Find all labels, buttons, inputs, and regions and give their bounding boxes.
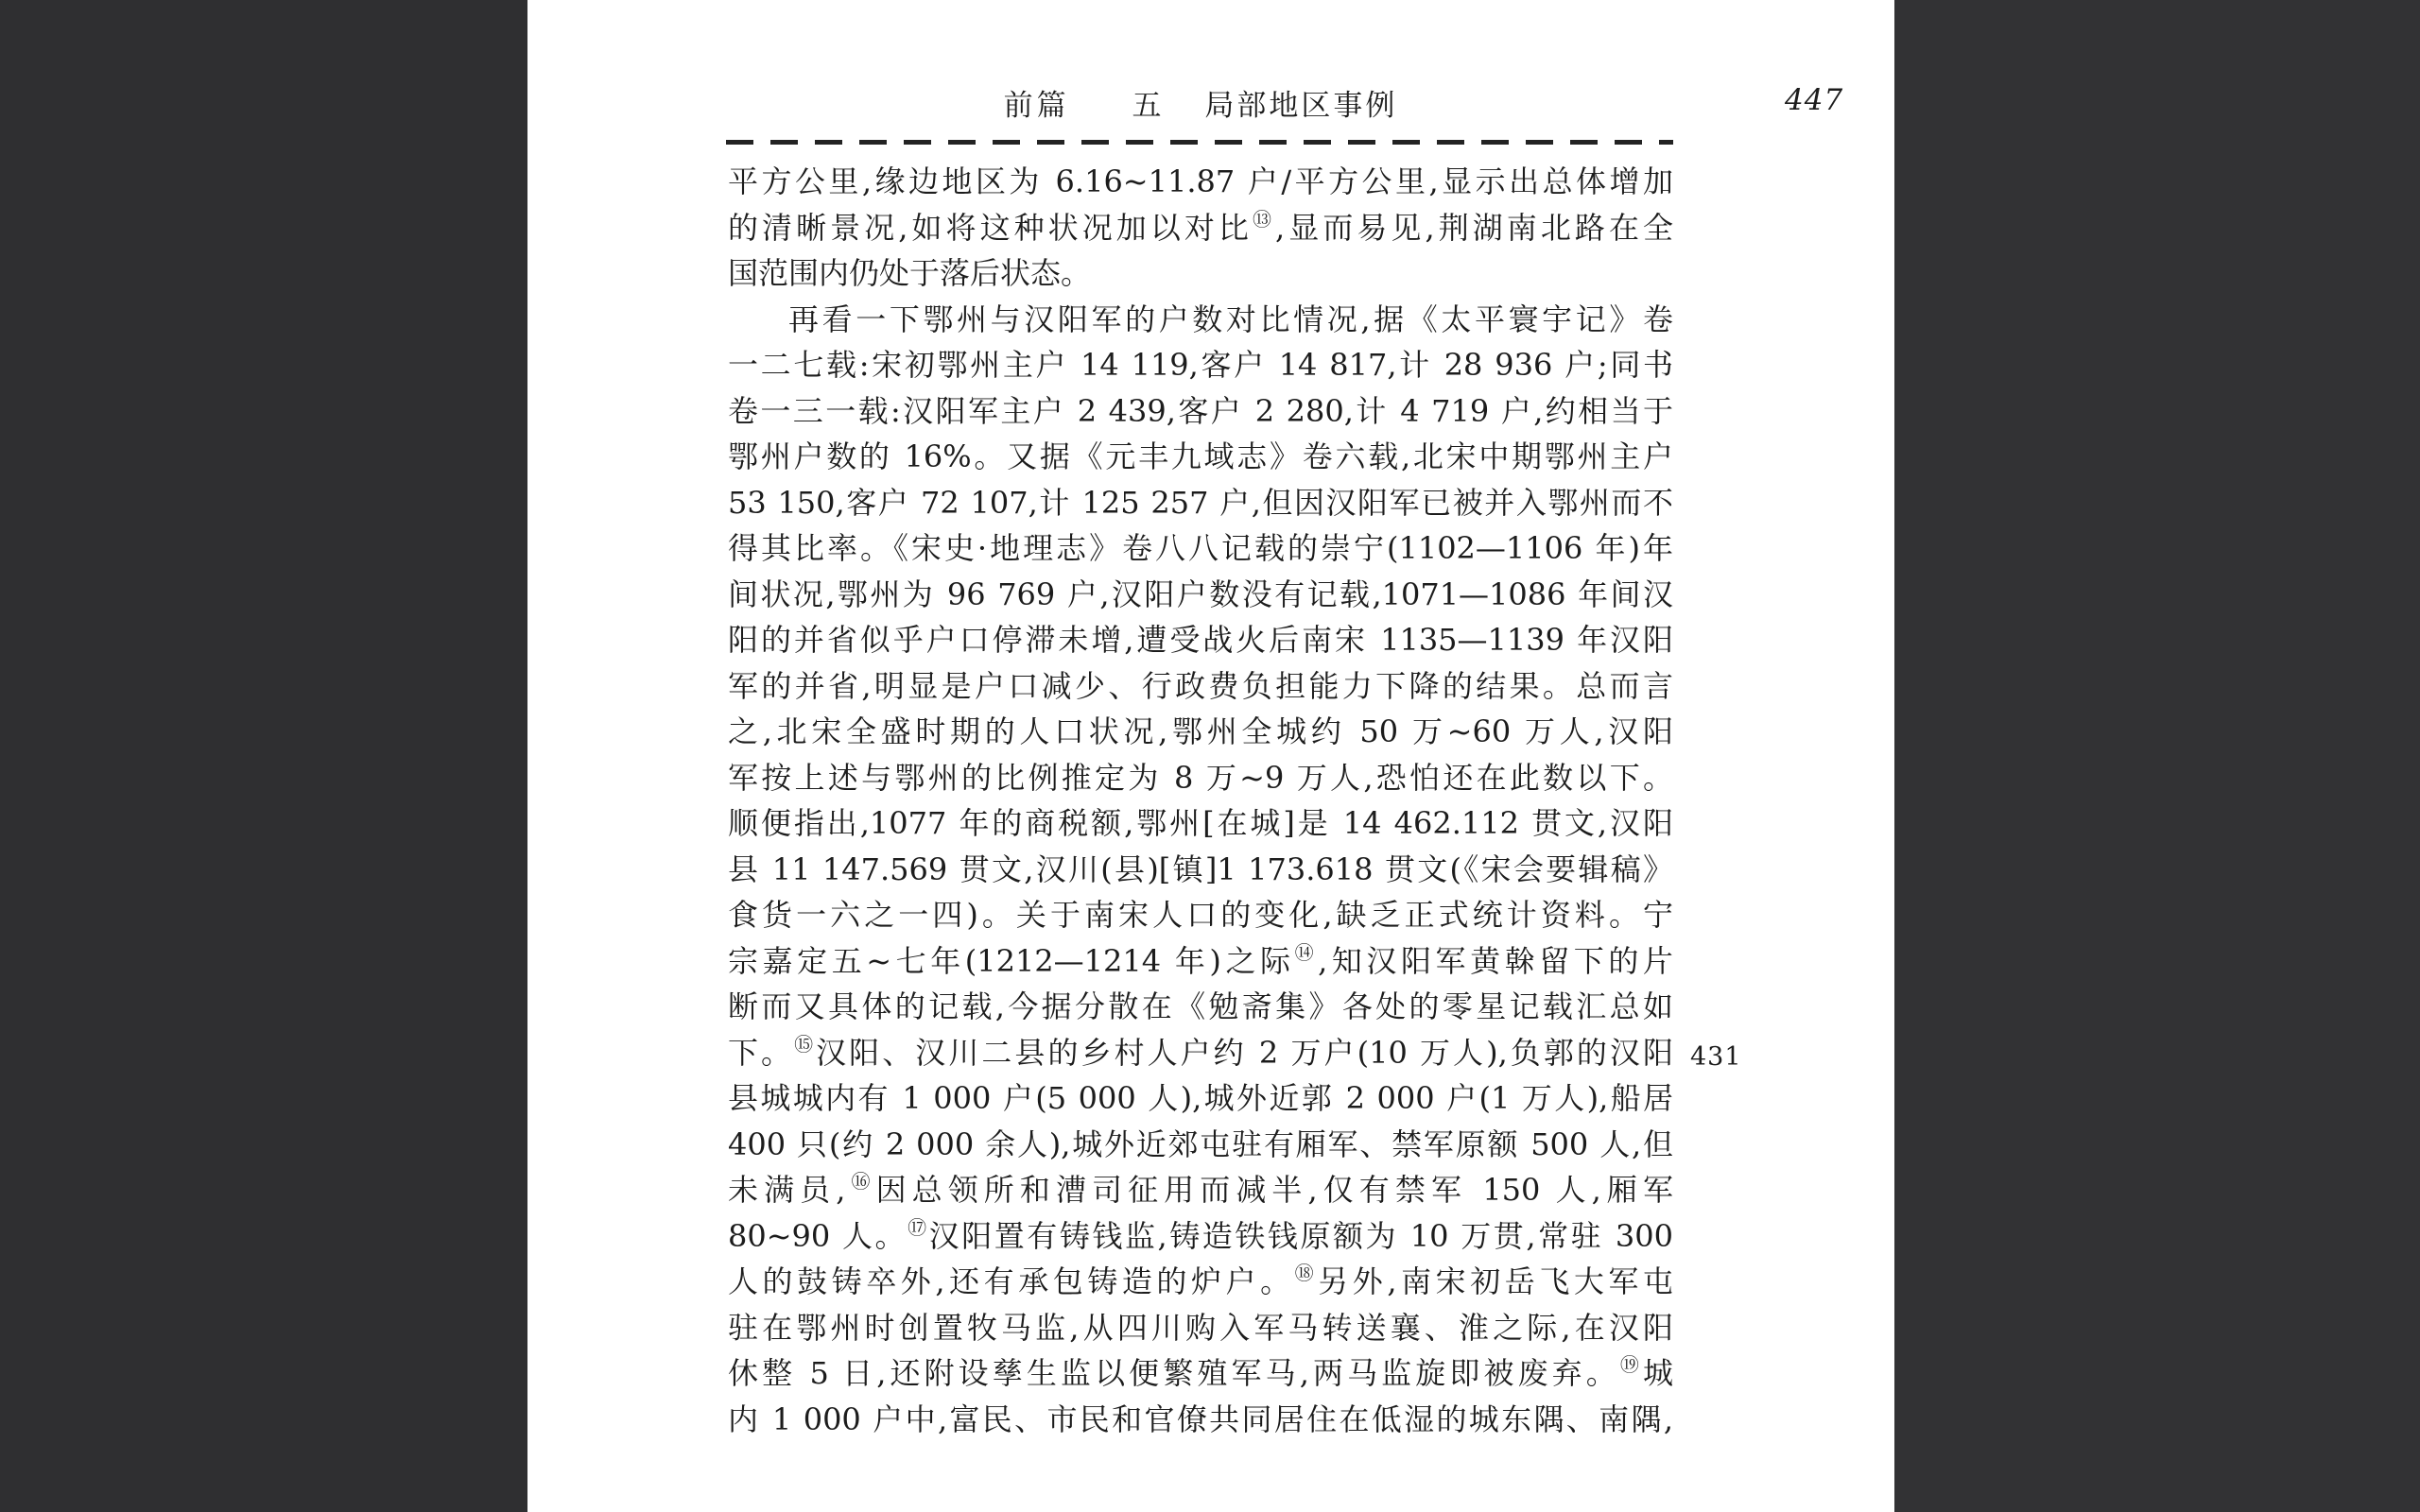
body-line: 县城城内有 1 000 户(5 000 人),城外近郭 2 000 户(1 万人… bbox=[728, 1075, 1673, 1122]
text-run: 增,遭受战火后南宋 1135—1139 年汉阳 bbox=[1091, 622, 1673, 658]
body-line: 顺便指出,1077 年的商税额,鄂州[在城]是 14 462.112 贯文,汉阳 bbox=[728, 800, 1673, 847]
text-run: 平方公里,缘边地区为 6.16~11.87 户/平方公里,显示出总体增加 bbox=[728, 163, 1673, 199]
text-run: 国范围内仍处于落后状态。 bbox=[728, 255, 1091, 291]
text-run: 80~90 人。 bbox=[728, 1218, 907, 1254]
body-line: 县 11 147.569 贯文,汉川(县)[镇]1 173.618 贯文(《宋会… bbox=[728, 847, 1673, 893]
viewer-backdrop: 前篇 五 局部地区事例 447 平方公里,缘边地区为 6.16~11.87 户/… bbox=[0, 0, 2420, 1512]
text-run: 53 150,客户 72 107,计 125 257 户,但因汉阳军已被并入鄂州… bbox=[728, 485, 1673, 521]
body-line: 人的鼓铸卒外,还有承包铸造的炉户。⑱另外,南宋初岳飞大军屯 bbox=[728, 1259, 1673, 1305]
text-run: 一二七载:宋初鄂州主户 14 119,客户 14 817,计 28 936 户;… bbox=[728, 347, 1673, 383]
text-run: 另外,南宋初岳飞大军屯 bbox=[1318, 1263, 1673, 1299]
body-line: 军按上述与鄂州的比例推定为 8 万~9 万人,恐怕还在此数以下。 bbox=[728, 755, 1673, 801]
body-line: 卷一三一载:汉阳军主户 2 439,客户 2 280,计 4 719 户,约相当… bbox=[728, 388, 1673, 435]
footnote-marker: ⑱ bbox=[1295, 1262, 1319, 1284]
page-number: 447 bbox=[1785, 83, 1843, 117]
emphasized-text: 在城 bbox=[1215, 805, 1284, 841]
footnote-marker: ⑲ bbox=[1620, 1353, 1643, 1376]
footnote-marker: ⑭ bbox=[1295, 941, 1319, 964]
text-run: 县 11 147.569 贯文,汉川(县)[ bbox=[728, 851, 1170, 887]
body-line: 之,北宋全盛时期的人口状况,鄂州全城约 50 万~60 万人,汉阳 bbox=[728, 709, 1673, 755]
body-line: 宗嘉定五~七年(1212—1214 年)之际⑭,知汉阳军黄榦留下的片 bbox=[728, 938, 1673, 985]
text-run: 宗嘉定 bbox=[728, 943, 832, 979]
text-run: ~ bbox=[866, 943, 891, 979]
text-run: 卷一三一载:汉阳军主户 2 439,客户 2 280,计 4 719 户,约相当… bbox=[728, 393, 1673, 429]
header-part-label: 前篇 bbox=[1004, 89, 1070, 123]
text-run: 间状况,鄂州为 96 769 户,汉阳户数没有记载,1071—1086 年间汉 bbox=[728, 576, 1673, 612]
body-line: 53 150,客户 72 107,计 125 257 户,但因汉阳军已被并入鄂州… bbox=[728, 480, 1673, 526]
text-run: 400 只(约 2 000 余人),城外近郊屯驻有厢军、禁军原额 500 人,但 bbox=[728, 1126, 1673, 1162]
text-run: 得其比率。《宋史·地理志》卷八八记载的崇宁(1102—1106 年)年 bbox=[728, 530, 1673, 566]
body-line: 一二七载:宋初鄂州主户 14 119,客户 14 817,计 28 936 户;… bbox=[728, 342, 1673, 388]
body-line: 的清晰景况,如将这种状况加以对比⑬,显而易见,荆湖南北路在全 bbox=[728, 205, 1673, 251]
text-run: 下。 bbox=[728, 1035, 794, 1071]
text-run: 未满员, bbox=[728, 1172, 845, 1208]
backdrop-right-panel bbox=[1894, 0, 2420, 1512]
emphasized-text: 镇 bbox=[1170, 851, 1205, 887]
text-run: 城 bbox=[1643, 1355, 1673, 1391]
text-run: ]1 173.618 贯文(《宋会要辑稿》 bbox=[1205, 851, 1673, 887]
body-line: 休整 5 日,还附设孳生监以便繁殖军马,两马监旋即被废弃。⑲城 bbox=[728, 1350, 1673, 1397]
text-run: 休整 5 日,还附设孳生监以便繁殖军马,两马监旋即被废弃。 bbox=[728, 1355, 1620, 1391]
text-run: 县城城内有 1 000 户(5 000 人),城外近郭 2 000 户(1 万人… bbox=[728, 1080, 1673, 1116]
text-run: 军的并省,明显是户口减少、行政费负担能力下降的结果。总而言 bbox=[728, 668, 1673, 704]
text-run: 驻在鄂州时创置牧马监,从四川购入军马转送襄、淮之际,在汉阳 bbox=[728, 1310, 1673, 1346]
text-run: 断而又具体的记载,今据分散在《勉斋集》各处的零星记载汇总如 bbox=[728, 988, 1673, 1024]
text-run: 鄂州户数的 16%。又据《元丰九域志》卷六载,北宋中期鄂州主户 bbox=[728, 438, 1673, 474]
footnote-marker: ⑯ bbox=[845, 1170, 875, 1193]
footnote-marker: ⑬ bbox=[1253, 208, 1275, 231]
text-run: 之,北宋全盛时期的人口状况,鄂州全城约 50 万~60 万人,汉阳 bbox=[728, 713, 1673, 749]
text-run: 内 1 000 户中,富民、市民和官僚共同居住在低湿的城东隅、南隅, bbox=[728, 1401, 1673, 1437]
body-line: 国范围内仍处于落后状态。 bbox=[728, 250, 1673, 297]
body-line: 断而又具体的记载,今据分散在《勉斋集》各处的零星记载汇总如 bbox=[728, 984, 1673, 1030]
running-header: 前篇 五 局部地区事例 447 bbox=[728, 81, 1673, 125]
text-run: 食货一六之一四)。关于南宋人口的变化,缺乏正式统计资料。宁 bbox=[728, 897, 1673, 933]
body-line: 军的并省,明显是户口减少、行政费负担能力下降的结果。总而言 bbox=[728, 663, 1673, 710]
text-run: 汉阳、汉川二县的乡村人户约 2 万户(10 万人),负郭的汉阳 bbox=[816, 1035, 1673, 1071]
text-run: 因总领所和漕司征用而减半,仅有禁军 150 人,厢军 bbox=[876, 1172, 1673, 1208]
emphasized-text: 未 bbox=[1058, 622, 1091, 658]
text-run: 军按上述与鄂州的比例推定为 8 万~9 万人,恐怕还在此数以下。 bbox=[728, 760, 1673, 796]
text-run: ]是 14 462.112 贯文,汉阳 bbox=[1283, 805, 1673, 841]
body-line: 再看一下鄂州与汉阳军的户数对比情况,据《太平寰宇记》卷 bbox=[728, 297, 1673, 343]
body-line: 400 只(约 2 000 余人),城外近郊屯驻有厢军、禁军原额 500 人,但 bbox=[728, 1122, 1673, 1168]
margin-folio-note: 431 bbox=[1690, 1042, 1742, 1072]
footnote-marker: ⑮ bbox=[794, 1033, 816, 1056]
text-run: 年(1212—1214 年)之际 bbox=[930, 943, 1294, 979]
text-run: ,知汉阳军黄榦留下的片 bbox=[1318, 943, 1673, 979]
scanned-book-page: 前篇 五 局部地区事例 447 平方公里,缘边地区为 6.16~11.87 户/… bbox=[527, 0, 1894, 1512]
body-line: 下。⑮汉阳、汉川二县的乡村人户约 2 万户(10 万人),负郭的汉阳 bbox=[728, 1030, 1673, 1076]
body-line: 食货一六之一四)。关于南宋人口的变化,缺乏正式统计资料。宁 bbox=[728, 892, 1673, 938]
text-run: 的清晰景况,如将这种状况加以对比 bbox=[728, 210, 1253, 246]
header-divider-rule bbox=[726, 140, 1673, 145]
text-run: ,显而易见,荆湖南北路在全 bbox=[1275, 210, 1673, 246]
header-chapter-title: 局部地区事例 bbox=[1204, 89, 1397, 123]
body-line: 鄂州户数的 16%。又据《元丰九域志》卷六载,北宋中期鄂州主户 bbox=[728, 434, 1673, 480]
body-line: 得其比率。《宋史·地理志》卷八八记载的崇宁(1102—1106 年)年 bbox=[728, 525, 1673, 572]
emphasized-text: 七 bbox=[891, 943, 930, 979]
body-text: 平方公里,缘边地区为 6.16~11.87 户/平方公里,显示出总体增加的清晰景… bbox=[728, 159, 1673, 1442]
text-run: 再看一下鄂州与汉阳军的户数对比情况,据《太平寰宇记》卷 bbox=[788, 301, 1673, 337]
body-line: 阳的并省似乎户口停滞未增,遭受战火后南宋 1135—1139 年汉阳 bbox=[728, 617, 1673, 663]
emphasized-text: 五 bbox=[832, 943, 867, 979]
body-line: 内 1 000 户中,富民、市民和官僚共同居住在低湿的城东隅、南隅, bbox=[728, 1397, 1673, 1443]
body-line: 驻在鄂州时创置牧马监,从四川购入军马转送襄、淮之际,在汉阳 bbox=[728, 1305, 1673, 1351]
body-line: 未满员,⑯因总领所和漕司征用而减半,仅有禁军 150 人,厢军 bbox=[728, 1167, 1673, 1213]
text-run: 汉阳置有铸钱监,铸造铁钱原额为 10 万贯,常驻 300 bbox=[929, 1218, 1673, 1254]
footnote-marker: ⑰ bbox=[907, 1216, 929, 1239]
body-line: 平方公里,缘边地区为 6.16~11.87 户/平方公里,显示出总体增加 bbox=[728, 159, 1673, 205]
body-line: 80~90 人。⑰汉阳置有铸钱监,铸造铁钱原额为 10 万贯,常驻 300 bbox=[728, 1213, 1673, 1260]
text-run: 顺便指出,1077 年的商税额,鄂州[ bbox=[728, 805, 1215, 841]
text-run: 人的鼓铸卒外,还有承包铸造的炉户。 bbox=[728, 1263, 1295, 1299]
running-header-title: 前篇 五 局部地区事例 bbox=[728, 81, 1673, 124]
header-chapter-number: 五 bbox=[1132, 89, 1162, 123]
body-line: 间状况,鄂州为 96 769 户,汉阳户数没有记载,1071—1086 年间汉 bbox=[728, 572, 1673, 618]
text-run: 阳的并省似乎户口停滞 bbox=[728, 622, 1058, 658]
